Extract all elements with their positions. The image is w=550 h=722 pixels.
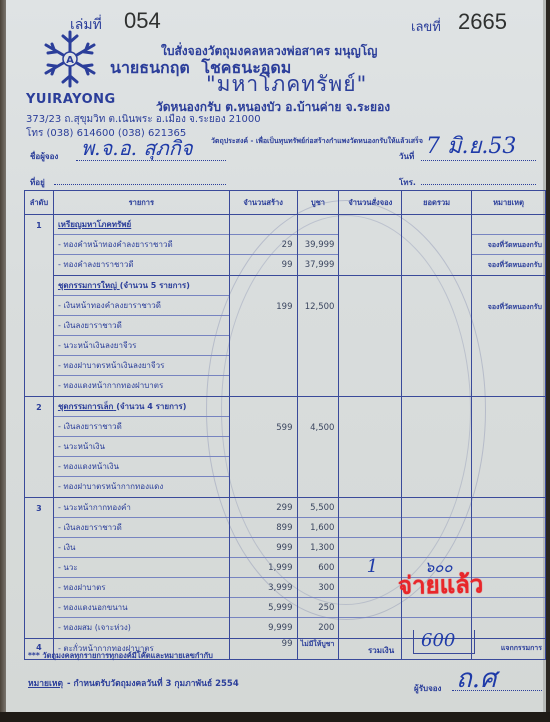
amount-value: 599 <box>229 397 297 498</box>
col-header-remark: หมายเหตุ <box>472 191 546 215</box>
item-group-title: เหรียญมหาโภคทรัพย์ <box>54 215 229 235</box>
price-value: 12,500 <box>297 276 339 397</box>
total-label: รวมเงิน <box>368 644 394 657</box>
footnote: *** วัตถุมงคลทุกรายการทุกองค์มีโค๊ตและหม… <box>28 650 213 662</box>
item-line: - เงินหน้าทองคำลงยาราชาวดี <box>54 296 229 316</box>
purpose-line: วัตถุประสงค์ - เพื่อเป็นทุนทรัพย์ก่อสร้า… <box>211 136 423 147</box>
item-line: - ทองแดงนอกขนาน <box>54 598 229 618</box>
remark-value: จองที่วัดหนองกรับ <box>472 276 546 397</box>
remark-value: จองที่วัดหนองกรับ <box>472 235 545 255</box>
price-value: 37,999 <box>298 255 339 275</box>
price-value: 250 <box>298 598 339 618</box>
order-qty-cell[interactable]: 1 <box>339 498 402 639</box>
table-row: ชุดกรรมการใหญ่ (จำนวน 5 รายการ) - เงินหน… <box>25 276 546 397</box>
col-header-item: รายการ <box>53 191 229 215</box>
amount-value: 999 <box>230 538 297 558</box>
order-qty-cell[interactable] <box>339 215 402 276</box>
price-value: 600 <box>298 558 339 578</box>
remark-value: แจกกรรมการ <box>472 639 546 660</box>
item-line: - เงินลงยาราชาวดี <box>54 417 229 437</box>
date-handwritten[interactable]: 7 มิ.ย.53 <box>426 128 516 163</box>
price-value: 39,999 <box>298 235 339 255</box>
item-line: - เงิน <box>54 538 229 558</box>
col-header-quantity-made: จำนวนสร้าง <box>229 191 297 215</box>
remark-text: - กำหนดรับวัตถุมงคลวันที่ 3 กุมภาพันธ์ 2… <box>67 679 239 689</box>
receiver-label: ผู้รับจอง <box>414 682 441 695</box>
order-form: A YUIRAYONG เล่มที่ 054 เลขที่ 2665 ใบสั… <box>6 0 546 712</box>
phone-field[interactable] <box>421 184 536 185</box>
item-line: - นวะหน้าเงิน <box>54 437 229 457</box>
item-line: - เงินลงยาราชาวดี <box>54 316 229 336</box>
total-cell[interactable] <box>402 397 472 498</box>
order-qty-handwritten[interactable]: 1 <box>339 558 401 578</box>
amount-value: 3,999 <box>230 578 297 598</box>
receiver-signature: ถ.ศ <box>456 658 497 699</box>
item-line: - ทองคำลงยาราชาวดี <box>54 255 229 275</box>
price-value: 1,600 <box>298 518 339 538</box>
price-value: 4,500 <box>297 397 339 498</box>
amount-cell: 29 99 <box>229 215 297 276</box>
total-cell[interactable] <box>402 215 472 276</box>
phone-label: โทร. <box>399 176 416 189</box>
orderer-label: ชื่อผู้จอง <box>30 150 58 163</box>
orderer-handwritten[interactable]: พ.จ.อ. สุภกิจ <box>81 132 193 164</box>
address-field[interactable] <box>54 184 226 185</box>
item-count: (จำนวน 4 รายการ) <box>116 397 186 417</box>
item-line: - นวะหน้าเงินลงยาจีวร <box>54 336 229 356</box>
amount-cell: 299 899 999 1,999 3,999 5,999 9,999 <box>229 498 297 639</box>
item-line: - ทองฝาบาตรหน้ากากทองแดง <box>54 477 229 497</box>
item-line: - นวะหน้ากากทองคำ <box>54 498 229 518</box>
row-number: 1 <box>25 215 54 397</box>
amount-value: 99 <box>229 639 297 660</box>
amount-value: 299 <box>230 498 297 518</box>
item-group-title: ชุดกรรมการใหญ่ (จำนวน 5 รายการ) <box>54 276 229 296</box>
table-row: 2 ชุดกรรมการเล็ก (จำนวน 4 รายการ) - เงิน… <box>25 397 546 498</box>
item-group-title: ชุดกรรมการเล็ก (จำนวน 4 รายการ) <box>54 397 229 417</box>
item-line: - เงินลงยาราชาวดี <box>54 518 229 538</box>
order-qty-cell[interactable] <box>339 276 402 397</box>
date-label: วันที่ <box>399 150 414 163</box>
item-cell: เหรียญมหาโภคทรัพย์ - ทองคำหน้าทองคำลงยาร… <box>53 215 229 276</box>
item-line: - ทองฝาบาตร <box>54 578 229 598</box>
row-number: 2 <box>25 397 54 498</box>
price-value: 300 <box>298 578 339 598</box>
series-title: "มหาโภคทรัพย์" <box>206 68 367 101</box>
price-cell: 5,500 1,600 1,300 600 300 250 200 <box>297 498 339 639</box>
remark-label: หมายเหตุ <box>28 679 63 689</box>
snowflake-logo-icon: A <box>36 28 104 90</box>
price-value: 200 <box>298 618 339 638</box>
total-handwritten-value[interactable]: 600 <box>421 630 455 651</box>
amount-value: 199 <box>229 276 297 397</box>
paid-stamp: จ่ายแล้ว <box>398 564 484 604</box>
amount-value: 29 <box>230 235 297 255</box>
svg-text:A: A <box>66 55 74 66</box>
book-number: 054 <box>124 8 161 34</box>
amount-value: 5,999 <box>230 598 297 618</box>
item-line: - นวะ <box>54 558 229 578</box>
price-value: 1,300 <box>298 538 339 558</box>
amount-value: 899 <box>230 518 297 538</box>
item-line: - ทองแดงหน้าเงิน <box>54 457 229 477</box>
price-value: ไม่มีให้บูชา <box>297 639 339 660</box>
amount-value: 9,999 <box>230 618 297 638</box>
brand-name: YUIRAYONG <box>26 92 116 107</box>
item-cell: ชุดกรรมการใหญ่ (จำนวน 5 รายการ) - เงินหน… <box>53 276 229 397</box>
maker-prefix: นายธนกฤต <box>110 58 190 77</box>
remark-value: จองที่วัดหนองกรับ <box>472 255 545 275</box>
order-qty-cell[interactable] <box>339 397 402 498</box>
item-count: (จำนวน 5 รายการ) <box>120 276 190 296</box>
address-label: ที่อยู่ <box>30 176 45 189</box>
address-line: 373/23 ถ.สุขุมวิท ต.เนินพระ อ.เมือง จ.ระ… <box>26 112 261 127</box>
book-number-label: เล่มที่ <box>70 14 102 36</box>
doc-number-label: เลขที่ <box>411 16 441 37</box>
item-line: - ทองคำหน้าทองคำลงยาราชาวดี <box>54 235 229 255</box>
table-header-row: ลำดับ รายการ จำนวนสร้าง บูชา จำนวนสั่งจอ… <box>25 191 546 215</box>
item-line: - ทองฝาบาตรหน้าเงินลงยาจีวร <box>54 356 229 376</box>
price-value: 5,500 <box>298 498 339 518</box>
item-cell: - นวะหน้ากากทองคำ - เงินลงยาราชาวดี - เง… <box>53 498 229 639</box>
remark-cell <box>472 397 546 498</box>
item-line: - ทองผสม (เจาะห่วง) <box>54 618 229 638</box>
amount-value: 1,999 <box>230 558 297 578</box>
background-surface <box>0 712 550 722</box>
col-header-order-qty: จำนวนสั่งจอง <box>339 191 402 215</box>
total-cell[interactable] <box>402 276 472 397</box>
row-number: 3 <box>25 498 54 639</box>
remark: หมายเหตุ- กำหนดรับวัตถุมงคลวันที่ 3 กุมภ… <box>28 676 239 690</box>
price-cell: 39,999 37,999 <box>297 215 339 276</box>
table-row: 1 เหรียญมหาโภคทรัพย์ - ทองคำหน้าทองคำลงย… <box>25 215 546 276</box>
remark-cell: จองที่วัดหนองกรับ จองที่วัดหนองกรับ <box>472 215 546 276</box>
item-line: - ทองแดงหน้ากากทองฝาบาตร <box>54 376 229 396</box>
col-header-price: บูชา <box>297 191 339 215</box>
amount-value: 99 <box>230 255 297 275</box>
item-cell: ชุดกรรมการเล็ก (จำนวน 4 รายการ) - เงินลง… <box>53 397 229 498</box>
col-header-total: ยอดรวม <box>402 191 472 215</box>
col-header-no: ลำดับ <box>25 191 54 215</box>
doc-number: 2665 <box>458 9 507 35</box>
